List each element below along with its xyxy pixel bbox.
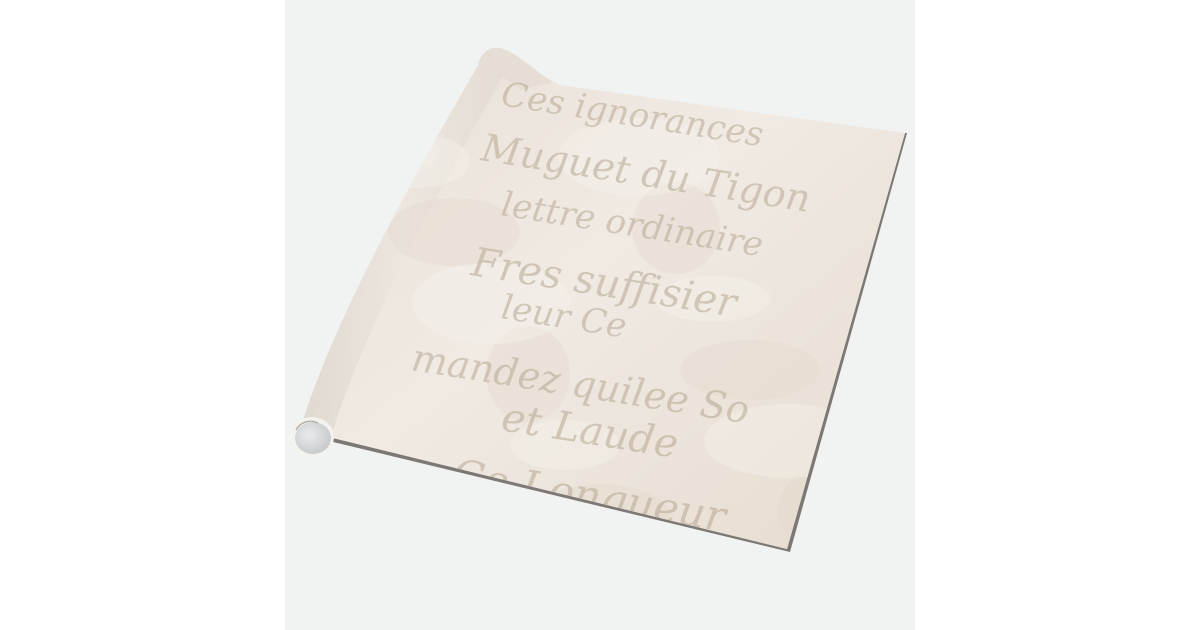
wrapping-paper-scene: Ces ignorancesMuguet du Tigonlettre ordi… [0,0,1200,630]
parchment-texture [340,70,420,110]
roll-end [290,417,334,457]
parchment-texture [364,134,470,188]
